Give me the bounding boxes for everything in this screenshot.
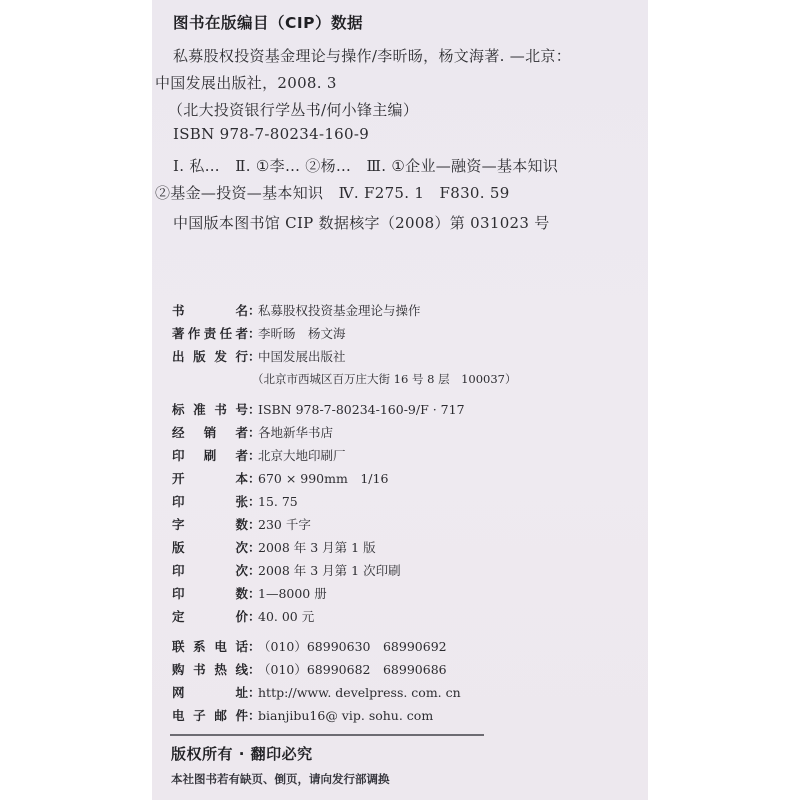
info-label: 版次: [172, 538, 248, 556]
info-value: 1—8000 册: [258, 584, 327, 602]
info-label: 著作责任者: [172, 324, 248, 342]
info-value: 670 × 990mm 1/16: [258, 469, 388, 487]
info-label: 字数: [172, 515, 248, 533]
website-url: http://www. develpress. com. cn: [258, 685, 461, 700]
info-label: 联系电话: [172, 637, 248, 655]
info-label: 开本: [172, 469, 248, 487]
cip-line-isbn: ISBN 978-7-80234-160-9: [173, 125, 369, 143]
info-value: 各地新华书店: [258, 423, 333, 441]
copyright-notice: 版权所有 · 翻印必究: [171, 743, 313, 764]
info-label: 电子邮件: [172, 706, 248, 724]
cip-line-subjects-1: Ⅰ. 私… Ⅱ. ①李… ②杨… Ⅲ. ①企业—融资—基本知识: [173, 155, 558, 176]
info-row-order-hotline: 购书热线 ： （010）68990682 68990686: [172, 659, 447, 679]
info-value: 15. 75: [258, 494, 298, 509]
info-label: 印张: [172, 492, 248, 510]
info-label: 网址: [172, 683, 248, 701]
info-value: 中国发展出版社: [258, 347, 346, 365]
cip-line-title-authors: 私募股权投资基金理论与操作/李昕旸，杨文海著. —北京：: [173, 45, 571, 66]
info-row-publisher: 出版发行 ： 中国发展出版社: [172, 346, 346, 366]
info-value: 2008 年 3 月第 1 版: [258, 538, 376, 556]
copyright-page: 图书在版编目（CIP）数据 私募股权投资基金理论与操作/李昕旸，杨文海著. —北…: [152, 0, 648, 800]
info-value: ISBN 978-7-80234-160-9/F · 717: [258, 402, 465, 417]
info-value: 230 千字: [258, 515, 311, 533]
info-label: 书名: [172, 301, 248, 319]
defect-exchange-notice: 本社图书若有缺页、倒页，请向发行部调换: [171, 771, 390, 787]
info-row-contact-phone: 联系电话 ： （010）68990630 68990692: [172, 636, 447, 656]
cip-heading: 图书在版编目（CIP）数据: [173, 11, 363, 33]
info-value: （010）68990630 68990692: [258, 637, 447, 655]
publisher-address: （北京市西城区百万庄大街 16 号 8 层 100037）: [252, 371, 516, 387]
email-address: bianjibu16@ vip. sohu. com: [258, 708, 433, 723]
info-value: 2008 年 3 月第 1 次印刷: [258, 561, 401, 579]
info-value: 李昕旸 杨文海: [258, 324, 346, 342]
info-row-authors: 著作责任者 ： 李昕旸 杨文海: [172, 323, 346, 343]
info-row-price: 定价 ： 40. 00 元: [172, 606, 314, 626]
info-value: 40. 00 元: [258, 607, 314, 625]
info-value: 私募股权投资基金理论与操作: [258, 301, 421, 319]
cip-line-subjects-2: ②基金—投资—基本知识 Ⅳ. F275. 1 F830. 59: [155, 182, 510, 203]
info-row-address: （北京市西城区百万庄大街 16 号 8 层 100037）: [252, 369, 516, 389]
footer-divider: [170, 734, 484, 736]
info-row-edition: 版次 ： 2008 年 3 月第 1 版: [172, 537, 376, 557]
info-row-printed-sheets: 印张 ： 15. 75: [172, 491, 298, 511]
cip-line-series: （北大投资银行学丛书/何小锋主编）: [168, 99, 418, 120]
info-label: 出版发行: [172, 347, 248, 365]
info-value: （010）68990682 68990686: [258, 660, 447, 678]
info-row-format: 开本 ： 670 × 990mm 1/16: [172, 468, 388, 488]
info-row-book-name: 书名 ： 私募股权投资基金理论与操作: [172, 300, 421, 320]
info-row-isbn: 标准书号 ： ISBN 978-7-80234-160-9/F · 717: [172, 399, 465, 419]
info-row-website: 网址 ： http://www. develpress. com. cn: [172, 682, 461, 702]
info-label: 印刷者: [172, 446, 248, 464]
info-value: 北京大地印刷厂: [258, 446, 346, 464]
info-label: 经销者: [172, 423, 248, 441]
info-label: 购书热线: [172, 660, 248, 678]
cip-line-cip-number: 中国版本图书馆 CIP 数据核字（2008）第 031023 号: [173, 212, 550, 233]
info-row-distributor: 经销者 ： 各地新华书店: [172, 422, 333, 442]
cip-line-publisher-date: 中国发展出版社，2008. 3: [155, 72, 337, 93]
info-row-email: 电子邮件 ： bianjibu16@ vip. sohu. com: [172, 705, 433, 725]
info-label: 印次: [172, 561, 248, 579]
info-row-printer: 印刷者 ： 北京大地印刷厂: [172, 445, 346, 465]
info-row-print-run: 印数 ： 1—8000 册: [172, 583, 327, 603]
info-row-word-count: 字数 ： 230 千字: [172, 514, 311, 534]
info-label: 定价: [172, 607, 248, 625]
info-label: 标准书号: [172, 400, 248, 418]
info-label: 印数: [172, 584, 248, 602]
info-row-printing: 印次 ： 2008 年 3 月第 1 次印刷: [172, 560, 401, 580]
